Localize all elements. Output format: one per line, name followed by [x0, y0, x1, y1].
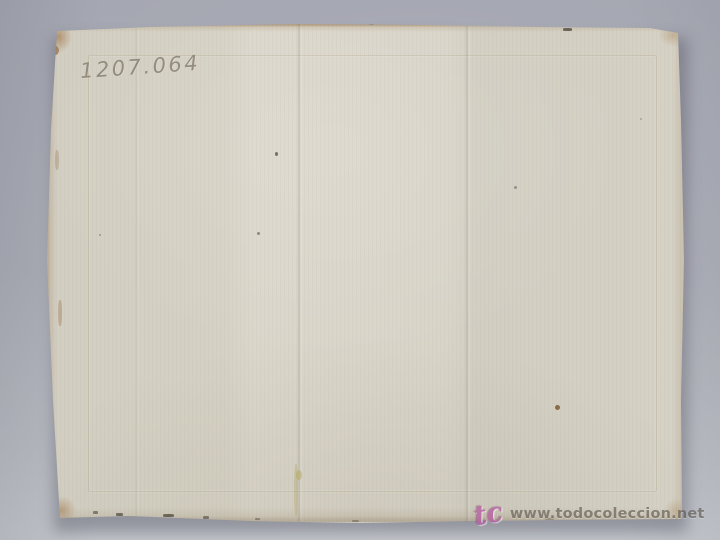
foxing-spot [203, 516, 209, 519]
foxing-spot [352, 520, 359, 522]
foxing-spot [275, 152, 278, 156]
foxing-spot [555, 405, 560, 410]
foxing-spot [514, 186, 517, 189]
foxing-spot [116, 513, 123, 516]
auction-photo: 1207.064 tc www.todocoleccion.net [0, 0, 720, 540]
platemark-impression [88, 55, 657, 492]
foxing-spot [99, 234, 101, 236]
foxing-spot [55, 150, 59, 170]
foxing-spot [58, 300, 62, 326]
paper-sheet-verso: 1207.064 [0, 0, 720, 540]
foxing-spot [563, 28, 572, 31]
foxing-spot [255, 518, 260, 520]
foxing-spot [93, 511, 98, 514]
foxing-spot [640, 118, 642, 120]
foxing-spot [163, 514, 174, 517]
foxing-spot [257, 232, 260, 235]
foxing-spot [296, 470, 302, 480]
todocoleccion-logo-icon: tc [472, 498, 505, 530]
todocoleccion-watermark: tc www.todocoleccion.net [474, 494, 705, 534]
watermark-url-text: www.todocoleccion.net [510, 506, 705, 522]
